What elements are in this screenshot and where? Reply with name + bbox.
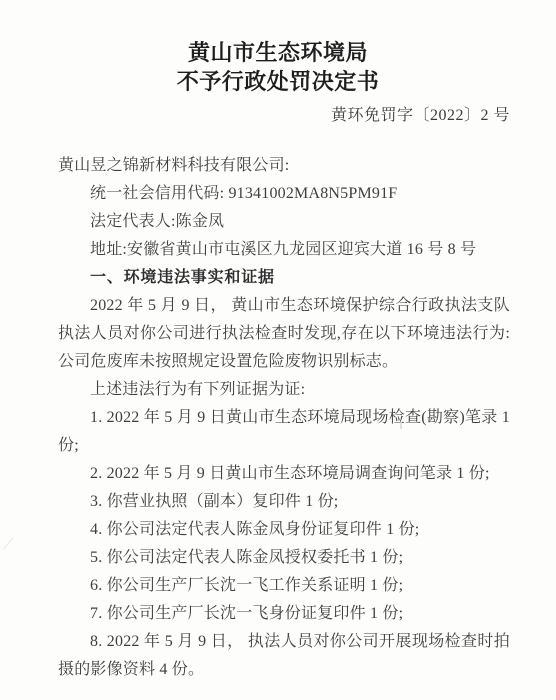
document-line: 黄山昱之锦新材料科技有限公司: <box>58 152 510 180</box>
document-page: 黄山市生态环境局 不予行政处罚决定书 黄环免罚字〔2022〕2 号 黄山昱之锦新… <box>0 0 556 700</box>
document-title-line-1: 黄山市生态环境局 <box>0 38 556 67</box>
document-line: 公司危废库未按照规定设置危险废物识别标志。 <box>58 348 510 376</box>
document-title-line-2: 不予行政处罚决定书 <box>0 67 556 96</box>
document-line: 统一社会信用代码: 91341002MA8N5PM91F <box>58 180 510 208</box>
scan-artifact <box>3 537 25 559</box>
document-line: 2. 2022 年 5 月 9 日黄山市生态环境局调查询问笔录 1 份; <box>58 460 510 488</box>
document-body: 黄山昱之锦新材料科技有限公司:统一社会信用代码: 91341002MA8N5PM… <box>58 152 510 684</box>
document-line: 一、环境违法事实和证据 <box>58 264 510 292</box>
document-line: 1. 2022 年 5 月 9 日黄山市生态环境局现场检查(勘察)笔录 1 <box>58 404 510 432</box>
document-line: 5. 你公司法定代表人陈金凤授权委托书 1 份; <box>58 544 510 572</box>
document-line: 4. 你公司法定代表人陈金凤身份证复印件 1 份; <box>58 516 510 544</box>
document-line: 3. 你营业执照（副本）复印件 1 份; <box>58 488 510 516</box>
document-line: 份; <box>58 432 510 460</box>
document-line: 8. 2022 年 5 月 9 日， 执法人员对你公司开展现场检查时拍 <box>58 628 510 656</box>
document-header: 黄山市生态环境局 不予行政处罚决定书 黄环免罚字〔2022〕2 号 <box>0 0 556 127</box>
document-line: 6. 你公司生产厂长沈一飞工作关系证明 1 份; <box>58 572 510 600</box>
document-line: 地址:安徽省黄山市屯溪区九龙园区迎宾大道 16 号 8 号 <box>58 236 510 264</box>
document-line: 执法人员对你公司进行执法检查时发现,存在以下环境违法行为: <box>58 320 510 348</box>
document-number: 黄环免罚字〔2022〕2 号 <box>0 105 556 127</box>
document-line: 摄的影像资料 4 份。 <box>58 656 510 684</box>
document-line: 7. 你公司生产厂长沈一飞身份证复印件 1 份; <box>58 600 510 628</box>
document-line: 上述违法行为有下列证据为证: <box>58 376 510 404</box>
document-line: 2022 年 5 月 9 日， 黄山市生态环境保护综合行政执法支队 <box>58 292 510 320</box>
document-line: 法定代表人:陈金凤 <box>58 208 510 236</box>
